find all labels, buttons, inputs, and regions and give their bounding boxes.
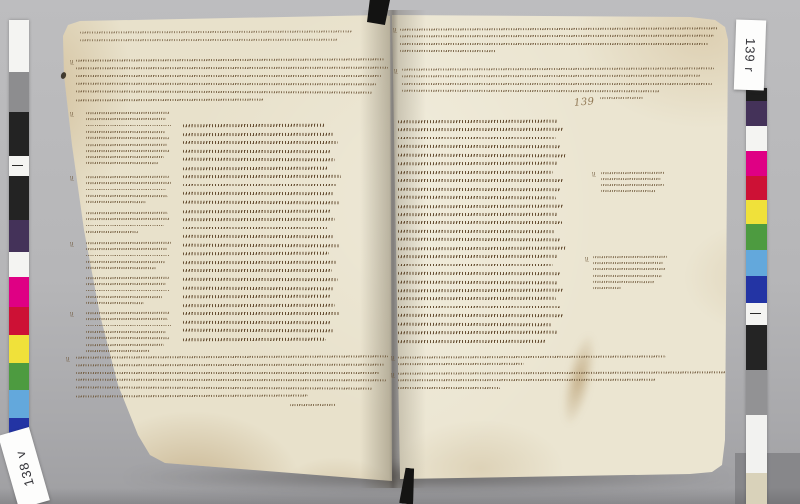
margin-section-mark bbox=[66, 357, 70, 362]
manuscript-text-line-main-text bbox=[183, 132, 333, 135]
margin-section-mark bbox=[585, 257, 589, 262]
manuscript-text-line-margin-column-6 bbox=[86, 325, 171, 327]
manuscript-text-line-main-text bbox=[398, 331, 558, 334]
manuscript-text-line-main-text bbox=[183, 278, 338, 281]
manuscript-text-line-main-text bbox=[183, 243, 340, 246]
manuscript-text-line-margin-column-1 bbox=[86, 150, 170, 152]
manuscript-text-line-margin-column-6 bbox=[86, 331, 166, 333]
manuscript-text-line-margin-column-6 bbox=[86, 312, 170, 314]
manuscript-text-line-margin-note-1 bbox=[601, 184, 664, 186]
manuscript-text-line-main-text bbox=[398, 272, 561, 275]
manuscript-text-line-main-text bbox=[183, 201, 339, 204]
manuscript-text-line-bottom-scholia bbox=[76, 395, 308, 398]
manuscript-text-line-margin-note-2 bbox=[593, 256, 667, 258]
manuscript-text-line-main-text bbox=[398, 153, 566, 156]
manuscript-text-line-main-text bbox=[398, 162, 558, 165]
calibration-color-segment bbox=[746, 101, 767, 126]
manuscript-photograph: 139 139 r 138 v bbox=[0, 0, 800, 504]
manuscript-text-line-main-text bbox=[398, 280, 558, 283]
manuscript-text-line-scholia-b-tail bbox=[600, 97, 644, 99]
manuscript-text-line-main-text bbox=[398, 306, 560, 309]
manuscript-text-line-main-text bbox=[398, 322, 552, 325]
manuscript-text-line-margin-column-6 bbox=[86, 337, 169, 339]
calibration-color-segment bbox=[9, 220, 29, 252]
manuscript-text-line-main-text bbox=[183, 218, 335, 221]
manuscript-text-line-bottom-scholia bbox=[76, 379, 386, 382]
manuscript-text-line-main-text bbox=[183, 124, 325, 127]
manuscript-text-line-top-scholia-a bbox=[80, 30, 352, 33]
manuscript-text-line-margin-column-1 bbox=[86, 137, 169, 139]
manuscript-text-line-main-text bbox=[183, 227, 327, 230]
calibration-tick-mark bbox=[750, 313, 761, 314]
manuscript-text-line-main-text bbox=[183, 286, 333, 289]
calibration-color-segment bbox=[746, 303, 767, 325]
manuscript-text-line-margin-column-4 bbox=[86, 255, 170, 257]
manuscript-text-line-main-text bbox=[183, 209, 331, 212]
manuscript-text-line-top-scholia-b bbox=[76, 98, 264, 101]
manuscript-text-line-main-text bbox=[398, 145, 561, 148]
manuscript-text-line-main-text bbox=[398, 137, 556, 140]
manuscript-text-line-main-text bbox=[183, 252, 329, 255]
margin-section-mark bbox=[391, 373, 395, 378]
manuscript-text-line-margin-column-4 bbox=[86, 242, 171, 244]
manuscript-text-line-main-text bbox=[183, 141, 338, 144]
calibration-color-segment bbox=[746, 370, 767, 415]
calibration-color-segment bbox=[746, 276, 767, 303]
manuscript-text-line-top-scholia-b bbox=[402, 83, 712, 85]
margin-section-mark bbox=[70, 312, 74, 317]
manuscript-text-line-margin-note-2 bbox=[593, 275, 662, 277]
manuscript-text-line-main-text bbox=[183, 337, 326, 340]
manuscript-text-line-bottom-scholia bbox=[76, 355, 388, 358]
manuscript-text-line-main-text bbox=[398, 340, 546, 343]
manuscript-text-line-main-text bbox=[398, 264, 553, 267]
calibration-color-segment bbox=[9, 363, 29, 390]
manuscript-text-line-top-scholia-b bbox=[402, 90, 660, 93]
manuscript-text-line-margin-column-4 bbox=[86, 267, 156, 269]
margin-section-mark bbox=[391, 356, 395, 361]
manuscript-text-line-margin-column-1 bbox=[86, 131, 165, 133]
calibration-color-segment bbox=[746, 473, 767, 504]
calibration-color-segment bbox=[9, 307, 29, 335]
color-calibration-strip-right bbox=[746, 88, 767, 504]
calibration-color-segment bbox=[746, 325, 767, 370]
manuscript-text-line-main-text bbox=[183, 312, 339, 315]
folio-number-ink: 139 bbox=[574, 96, 595, 109]
manuscript-text-line-main-text bbox=[398, 238, 560, 241]
manuscript-text-line-margin-column-6 bbox=[86, 343, 164, 345]
calibration-color-segment bbox=[9, 390, 29, 418]
calibration-tick-mark bbox=[12, 165, 23, 166]
manuscript-text-line-main-text bbox=[398, 314, 564, 317]
manuscript-text-line-top-scholia-b bbox=[76, 67, 388, 70]
manuscript-text-line-margin-note-1 bbox=[601, 172, 665, 174]
manuscript-text-line-top-scholia-b bbox=[402, 67, 714, 70]
manuscript-text-line-margin-column-1 bbox=[86, 143, 167, 145]
manuscript-text-line-margin-column-2 bbox=[86, 201, 146, 203]
manuscript-text-line-main-text bbox=[183, 192, 333, 195]
manuscript-text-line-main-text bbox=[183, 303, 335, 306]
manuscript-text-line-margin-note-2 bbox=[593, 262, 663, 264]
calibration-color-segment bbox=[9, 277, 29, 307]
manuscript-text-line-top-scholia-b bbox=[402, 75, 700, 78]
manuscript-text-line-main-text bbox=[183, 320, 331, 323]
handwritten-text-layer: 139 bbox=[0, 0, 800, 504]
manuscript-text-line-top-scholia-a bbox=[400, 43, 708, 45]
manuscript-text-line-main-text bbox=[398, 187, 560, 190]
manuscript-text-line-top-scholia-b bbox=[76, 75, 381, 77]
manuscript-text-line-top-scholia-a bbox=[400, 35, 714, 38]
manuscript-text-line-main-text bbox=[183, 166, 328, 169]
manuscript-text-line-main-text bbox=[398, 196, 556, 199]
manuscript-text-line-main-text bbox=[398, 297, 556, 300]
manuscript-text-line-main-text bbox=[398, 255, 557, 258]
manuscript-text-line-margin-column-1 bbox=[86, 156, 164, 158]
manuscript-text-line-top-scholia-b bbox=[76, 82, 376, 85]
manuscript-text-line-margin-column-3 bbox=[86, 225, 164, 227]
manuscript-text-line-margin-column-2 bbox=[86, 195, 168, 197]
manuscript-text-line-main-text bbox=[398, 128, 564, 131]
calibration-color-segment bbox=[9, 72, 29, 112]
manuscript-text-line-main-text bbox=[398, 204, 564, 207]
manuscript-text-line-margin-note-1 bbox=[601, 178, 661, 180]
calibration-color-segment bbox=[746, 151, 767, 176]
manuscript-text-line-bottom-scholia-b bbox=[398, 371, 726, 374]
manuscript-text-line-bottom-scholia bbox=[76, 387, 372, 390]
manuscript-text-line-main-text bbox=[183, 329, 333, 332]
manuscript-text-line-top-scholia-a bbox=[80, 38, 338, 41]
manuscript-text-line-main-text bbox=[183, 184, 337, 187]
calibration-color-segment bbox=[9, 176, 29, 220]
manuscript-text-line-main-text bbox=[398, 289, 563, 292]
manuscript-text-line-margin-column-5 bbox=[86, 296, 162, 298]
manuscript-text-line-main-text bbox=[398, 246, 566, 249]
manuscript-text-line-margin-column-4 bbox=[86, 248, 167, 250]
calibration-color-segment bbox=[746, 224, 767, 250]
margin-section-mark bbox=[394, 69, 398, 74]
manuscript-text-line-margin-column-5 bbox=[86, 283, 166, 285]
manuscript-text-line-margin-note-2 bbox=[593, 287, 621, 289]
margin-section-mark bbox=[70, 176, 74, 181]
manuscript-text-line-margin-note-2 bbox=[593, 281, 655, 283]
calibration-color-segment bbox=[746, 176, 767, 200]
manuscript-text-line-margin-column-2 bbox=[86, 189, 166, 191]
calibration-color-segment bbox=[9, 20, 29, 72]
manuscript-text-line-main-text bbox=[183, 295, 330, 298]
manuscript-text-line-margin-column-3 bbox=[86, 218, 170, 220]
manuscript-text-line-bottom-scholia bbox=[76, 372, 380, 374]
manuscript-text-line-margin-column-5 bbox=[86, 290, 170, 292]
manuscript-text-line-main-text bbox=[183, 235, 333, 238]
manuscript-text-line-main-text bbox=[183, 158, 335, 161]
manuscript-text-line-margin-column-1 bbox=[86, 112, 170, 114]
manuscript-text-line-main-text bbox=[398, 213, 558, 216]
manuscript-text-line-main-text bbox=[183, 175, 341, 178]
folio-label-verso-text: 138 v bbox=[12, 448, 37, 488]
calibration-color-segment bbox=[9, 112, 29, 156]
manuscript-text-line-bottom-scholia-b bbox=[398, 387, 500, 389]
margin-section-mark bbox=[70, 242, 74, 247]
manuscript-text-line-margin-column-5 bbox=[86, 302, 144, 304]
calibration-color-segment bbox=[746, 250, 767, 276]
manuscript-text-line-margin-column-6 bbox=[86, 318, 168, 320]
manuscript-text-line-top-scholia-a bbox=[400, 27, 718, 30]
manuscript-text-line-margin-column-4 bbox=[86, 261, 165, 263]
manuscript-text-line-margin-column-2 bbox=[86, 182, 171, 184]
manuscript-text-line-margin-column-5 bbox=[86, 277, 169, 279]
calibration-color-segment bbox=[746, 200, 767, 224]
manuscript-text-line-main-text bbox=[398, 120, 558, 123]
manuscript-text-line-margin-column-1 bbox=[86, 118, 166, 120]
calibration-color-segment bbox=[9, 156, 29, 176]
manuscript-text-line-main-text bbox=[398, 230, 555, 233]
color-calibration-strip-left bbox=[9, 20, 29, 446]
manuscript-text-line-margin-column-1 bbox=[86, 125, 171, 127]
manuscript-text-line-bottom-scholia-b bbox=[398, 379, 656, 381]
calibration-color-segment bbox=[9, 252, 29, 277]
manuscript-text-line-main-text bbox=[183, 261, 336, 264]
calibration-color-segment bbox=[746, 126, 767, 151]
manuscript-text-line-margin-note-1 bbox=[601, 190, 656, 192]
manuscript-text-line-main-text bbox=[183, 269, 332, 272]
manuscript-text-line-margin-column-3 bbox=[86, 231, 138, 233]
manuscript-text-line-margin-column-2 bbox=[86, 176, 169, 178]
manuscript-text-line-main-text bbox=[183, 150, 331, 153]
manuscript-text-line-top-scholia-a bbox=[400, 50, 496, 52]
manuscript-text-line-bottom-scholia-a bbox=[398, 355, 666, 358]
margin-section-mark bbox=[393, 28, 397, 33]
calibration-color-segment bbox=[746, 415, 767, 473]
manuscript-text-line-main-text bbox=[398, 171, 553, 174]
manuscript-text-line-main-text bbox=[398, 221, 562, 224]
manuscript-text-line-margin-note-2 bbox=[593, 268, 666, 270]
margin-section-mark bbox=[70, 112, 74, 117]
margin-section-mark bbox=[70, 60, 74, 65]
manuscript-text-line-main-text bbox=[398, 179, 563, 182]
manuscript-text-line-top-scholia-b bbox=[76, 90, 372, 93]
manuscript-text-line-margin-column-6 bbox=[86, 350, 150, 352]
folio-label-recto: 139 r bbox=[734, 19, 766, 90]
manuscript-text-line-margin-column-1 bbox=[86, 162, 158, 164]
manuscript-text-line-bottom-scholia-a bbox=[398, 363, 524, 365]
folio-label-recto-text: 139 r bbox=[742, 37, 758, 72]
manuscript-text-line-top-scholia-b bbox=[76, 58, 384, 61]
margin-section-mark bbox=[592, 172, 596, 177]
manuscript-text-line-bottom-scholia bbox=[76, 363, 384, 366]
manuscript-text-line-margin-column-3 bbox=[86, 212, 168, 214]
manuscript-text-line-bottom-colophon bbox=[290, 404, 336, 406]
calibration-color-segment bbox=[9, 335, 29, 363]
